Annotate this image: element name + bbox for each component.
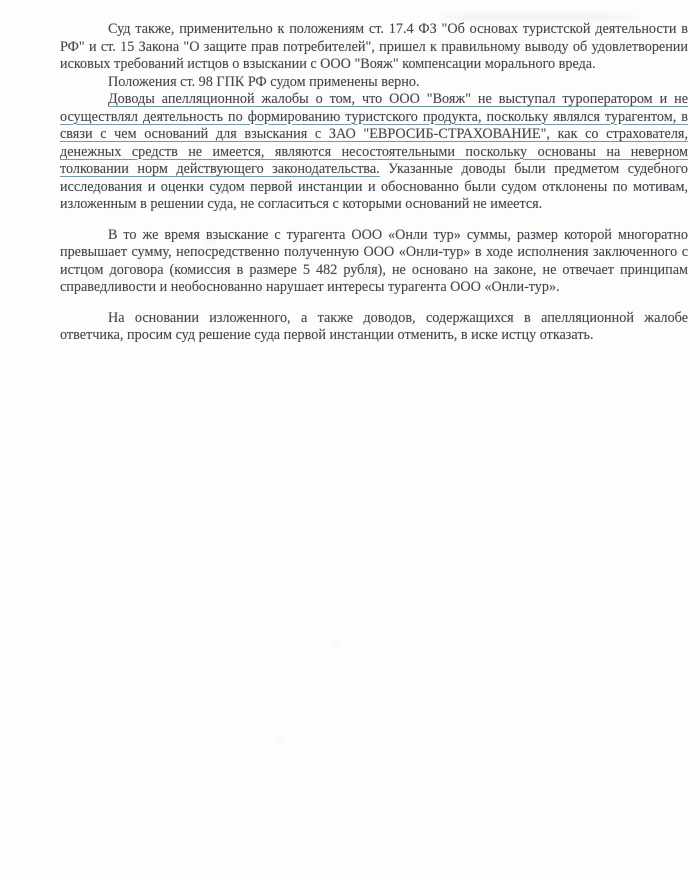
- scan-speck: [276, 736, 282, 741]
- paragraph-appeal-arguments: Доводы апелляционной жалобы о том, что О…: [60, 91, 688, 214]
- paragraph-final-request: На основании изложенного, а также доводо…: [60, 310, 688, 345]
- document-page: Суд также, применительно к положениям ст…: [0, 0, 700, 880]
- paragraph-onli-tur-claim: В то же время взыскание с турагента ООО …: [60, 227, 688, 297]
- paragraph-gpk-applied: Положения ст. 98 ГПК РФ судом применены …: [60, 74, 688, 92]
- scan-smudge: [438, 13, 638, 21]
- scan-speck: [334, 641, 339, 645]
- paragraph-court-conclusion: Суд также, применительно к положениям ст…: [60, 21, 688, 74]
- document-text: Суд также, применительно к положениям ст…: [60, 21, 688, 345]
